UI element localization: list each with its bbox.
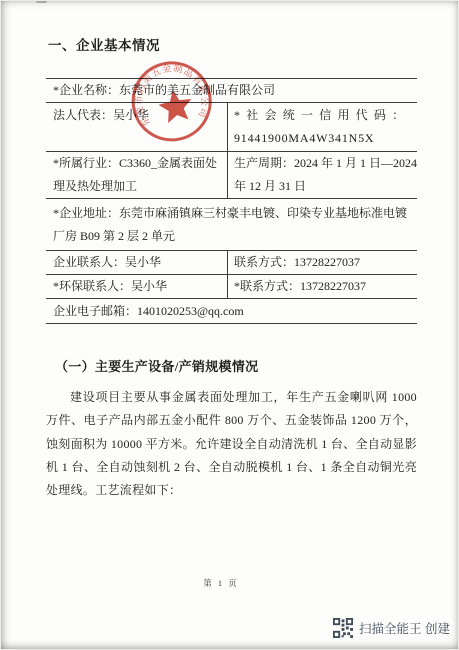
field-contact-phone: 联系方式：13728227037 <box>228 251 417 274</box>
subsection-heading: （一）主要生产设备/产销规模情况 <box>55 356 417 375</box>
field-company-address: *企业地址：东莞市麻涌镇麻三村豪丰电镀、印染专业基地标准电镀厂房 B09 第 2… <box>46 199 417 250</box>
document-section-title: 一、企业基本情况 <box>48 34 417 54</box>
credit-code-label: *社会统一信用代码： <box>234 104 417 127</box>
company-info-table: *企业名称：东莞市的美五金制品有限公司 法人代表：吴小华 *社会统一信用代码： … <box>46 78 417 324</box>
table-row: 企业电子邮箱：1401020253@qq.com <box>46 299 417 324</box>
table-row: *所属行业：C3360_金属表面处理及热处理加工 生产周期：2024 年 1 月… <box>46 152 417 199</box>
field-contact-person: 企业联系人：吴小华 <box>46 251 228 274</box>
credit-code-value: 91441900MA4W341N5X <box>234 127 417 150</box>
table-row: 企业联系人：吴小华 联系方式：13728227037 <box>46 251 417 275</box>
scanner-watermark: 扫描全能王 创建 <box>333 618 450 638</box>
field-production-period: 生产周期：2024 年 1 月 1 日—2024 年 12 月 31 日 <box>228 152 417 198</box>
page-number: 第 1 页 <box>46 577 396 589</box>
table-row: *企业名称：东莞市的美五金制品有限公司 <box>46 79 417 103</box>
table-row: *企业地址：东莞市麻涌镇麻三村豪丰电镀、印染专业基地标准电镀厂房 B09 第 2… <box>46 199 417 251</box>
field-credit-code: *社会统一信用代码： 91441900MA4W341N5X <box>228 103 417 151</box>
star-icon <box>156 87 194 124</box>
qr-code-icon <box>333 618 353 638</box>
scanner-watermark-label: 扫描全能王 创建 <box>359 619 450 637</box>
body-paragraph: 建设项目主要从事金属表面处理加工，年生产五金喇叭网 1000 万件、电子产品内部… <box>46 386 417 502</box>
company-seal-stamp: 东莞市的美五金制品有限公司 <box>117 48 232 158</box>
field-company-name: *企业名称：东莞市的美五金制品有限公司 <box>46 79 417 102</box>
field-company-email: 企业电子邮箱：1401020253@qq.com <box>46 299 417 323</box>
document-page: 一、企业基本情况 *企业名称：东莞市的美五金制品有限公司 法人代表：吴小华 *社… <box>46 34 417 514</box>
table-row: *环保联系人：吴小华 *联系方式：13728227037 <box>46 275 417 299</box>
field-env-contact-phone: *联系方式：13728227037 <box>228 275 417 298</box>
field-industry: *所属行业：C3360_金属表面处理及热处理加工 <box>46 152 228 198</box>
table-row: 法人代表：吴小华 *社会统一信用代码： 91441900MA4W341N5X <box>46 103 417 152</box>
field-env-contact-person: *环保联系人：吴小华 <box>46 275 228 298</box>
scan-smudge <box>36 0 47 3</box>
